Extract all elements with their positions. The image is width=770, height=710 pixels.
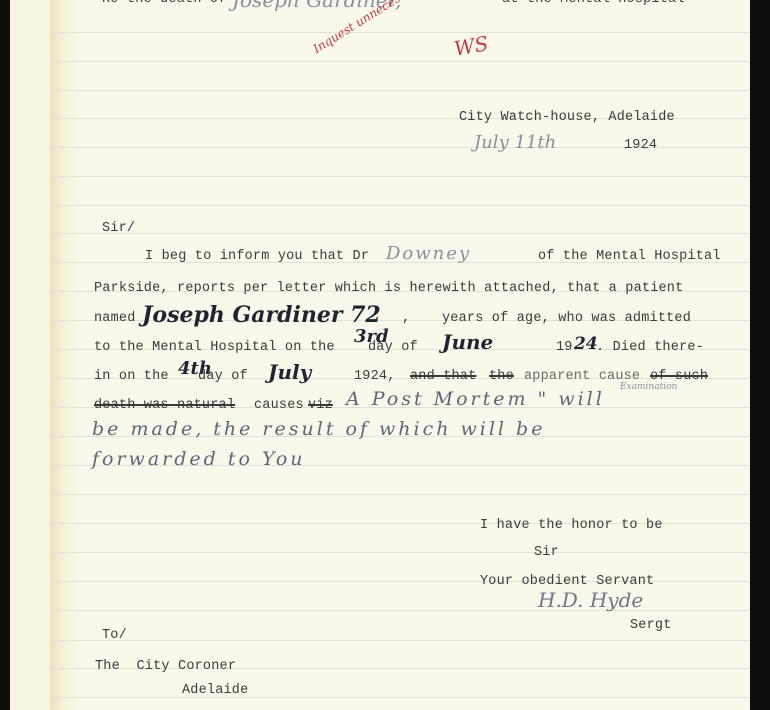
ruled-line xyxy=(50,32,750,33)
body-line3-c: years of age, who was admitted xyxy=(442,311,691,326)
doctor-name-handwritten: Downey xyxy=(386,243,471,264)
handwritten-insert: Examination xyxy=(620,382,677,392)
addressee-line2: Adelaide xyxy=(182,683,248,698)
rank: Sergt xyxy=(630,618,672,633)
ruled-line xyxy=(50,610,750,611)
letter-page: Re the death of Joseph Gardiner, at the … xyxy=(50,0,750,710)
addressee-to: To/ xyxy=(102,628,127,643)
closing-line3: Your obedient Servant xyxy=(480,574,654,589)
struck-text: the xyxy=(489,369,514,384)
body-line1-b: of the Mental Hospital xyxy=(538,249,721,264)
body-line5-b: day of xyxy=(198,369,248,384)
ruled-line xyxy=(50,90,750,91)
handwritten-continuation: A Post Mortem " will xyxy=(346,388,605,410)
origin-place: City Watch-house, Adelaide xyxy=(459,110,675,125)
admission-year-typed: 19 xyxy=(556,340,573,355)
ruled-line xyxy=(50,233,750,234)
annotation-initials: WS xyxy=(452,31,490,61)
signature: H.D. Hyde xyxy=(538,588,643,612)
ruled-line xyxy=(50,61,750,62)
addressee-line1: The City Coroner xyxy=(95,659,236,674)
ruled-line xyxy=(50,697,750,698)
closing-line2: Sir xyxy=(534,545,559,560)
re-suffix: at the Mental Hospital xyxy=(502,0,685,7)
body-line1-a: I beg to inform you that Dr xyxy=(145,249,369,264)
handwritten-continuation: be made, the result of which will be xyxy=(92,418,545,440)
patient-name-handwritten: Joseph Gardiner 72 xyxy=(142,302,381,328)
admission-year-handwritten: 24 xyxy=(574,334,598,354)
ruled-line xyxy=(50,640,750,641)
death-month-handwritten: July xyxy=(268,360,311,384)
struck-text: and that xyxy=(410,369,476,384)
body-line4-c: . Died there- xyxy=(596,340,704,355)
body-line4-a: to the Mental Hospital on the xyxy=(94,340,335,355)
ruled-line xyxy=(50,176,750,177)
struck-text: death was natural xyxy=(94,398,235,413)
handwritten-continuation: forwarded to You xyxy=(92,448,306,470)
body-line5-a: in on the xyxy=(94,369,169,384)
body-line4-b: day of xyxy=(368,340,418,355)
body-line5-c: 1924, xyxy=(354,369,396,384)
body-line2: Parkside, reports per letter which is he… xyxy=(94,281,683,296)
ruled-line xyxy=(50,552,750,553)
struck-text: viz xyxy=(308,398,333,413)
body-line3-comma: , xyxy=(402,311,410,326)
body-line3-a: named xyxy=(94,311,136,326)
re-prefix: Re the death of xyxy=(102,0,227,7)
origin-date-handwritten: July 11th xyxy=(474,132,556,153)
binding-margin xyxy=(10,0,50,710)
closing-line1: I have the honor to be xyxy=(480,518,663,533)
origin-year: 1924 xyxy=(624,138,657,153)
ruled-line xyxy=(50,205,750,206)
body-line6-a: causes xyxy=(254,398,304,413)
ruled-line xyxy=(50,494,750,495)
admission-month-handwritten: June xyxy=(442,330,493,354)
salutation: Sir/ xyxy=(102,221,135,236)
